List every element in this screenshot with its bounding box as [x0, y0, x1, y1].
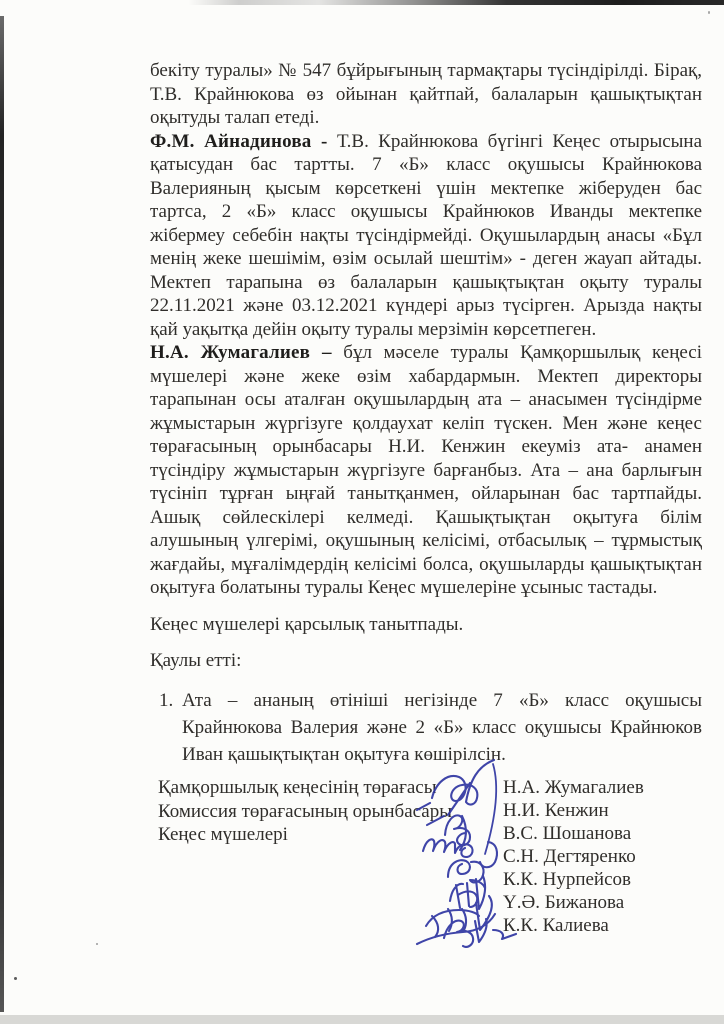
signature-scribble [485, 764, 496, 854]
signer-name: К.К. Калиева [503, 914, 644, 937]
signature-scribble [417, 760, 494, 815]
signature-names-column: Н.А. Жумагалиев Н.И. Кенжин В.С. Шошанов… [503, 776, 644, 937]
scan-speck [96, 943, 98, 945]
document-body: бекіту туралы» № 547 бұйрығының тармақта… [150, 59, 702, 768]
paragraph-text: бұл мәселе туралы Қамқоршылық кеңесі мүш… [150, 342, 702, 598]
paragraph-zhumagaliev-remarks: Н.А. Жумагалиев – бұл мәселе туралы Қамқ… [150, 341, 702, 600]
scan-edge-top-artifact [0, 0, 724, 5]
paragraph-ainadinova-remarks: Ф.М. Айнадинова - Т.В. Крайнюкова бүгінг… [150, 130, 702, 342]
signature-roles-column: Қамқоршылық кеңесінің төрағасы Комиссия … [158, 776, 452, 847]
speaker-name-ainadinova: Ф.М. Айнадинова - [150, 131, 328, 152]
paragraph-text: бекіту туралы» № 547 бұйрығының тармақта… [150, 60, 702, 128]
resolution-heading: Қаулы етті: [150, 649, 702, 673]
scan-speck [14, 977, 17, 980]
resolution-item: 1. Ата – ананың өтініші негізінде 7 «Б» … [159, 687, 702, 768]
speaker-name-zhumagaliev: Н.А. Жумагалиев – [150, 342, 332, 363]
signer-name: К.К. Нурпейсов [503, 868, 644, 891]
signer-name: В.С. Шошанова [503, 822, 644, 845]
signer-name: Н.И. Кенжин [503, 799, 644, 822]
scan-edge-left-artifact [0, 16, 4, 1012]
paragraph-text: Т.В. Крайнюкова бүгінгі Кеңес отырысына … [150, 131, 702, 340]
signer-name: Ү.Ә. Бижанова [503, 891, 644, 914]
signature-role: Комиссия төрағасының орынбасары [158, 800, 452, 824]
signer-name: С.Н. Дегтяренко [503, 845, 644, 868]
paragraph-continuation: бекіту туралы» № 547 бұйрығының тармақта… [150, 59, 702, 130]
signer-name: Н.А. Жумагалиев [503, 776, 644, 799]
scan-edge-bottom-artifact [0, 1015, 724, 1024]
resolution-item-text: Ата – ананың өтініші негізінде 7 «Б» кла… [182, 687, 702, 768]
signature-role: Қамқоршылық кеңесінің төрағасы [158, 776, 452, 800]
scanned-document-page: бекіту туралы» № 547 бұйрығының тармақта… [0, 0, 724, 1024]
scan-speck [708, 11, 710, 14]
council-statement: Кеңес мүшелері қарсылық танытпады. [150, 613, 702, 637]
resolution-item-number: 1. [159, 687, 182, 768]
signature-role: Кеңес мүшелері [158, 823, 452, 847]
